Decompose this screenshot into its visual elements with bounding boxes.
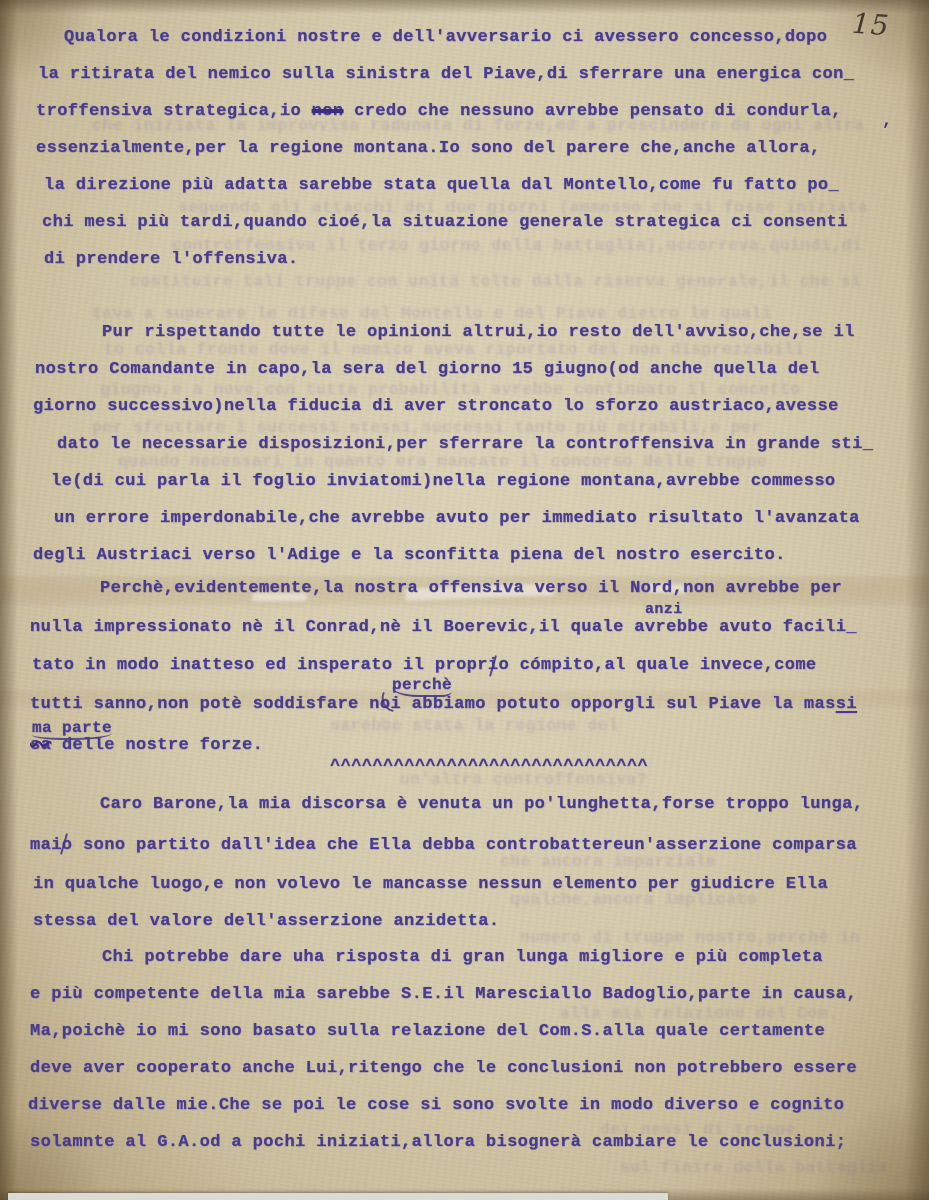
- typed-line: nulla impressionato nè il Conrad,nè il B…: [30, 618, 857, 637]
- typed-line: chi mesi più tardi,quando cioé,la situaz…: [42, 213, 848, 232]
- typed-line: dato le necessarie disposizioni,per sfer…: [57, 435, 873, 454]
- typed-text: degli Austriaci verso l'Adige e la sconf…: [33, 546, 786, 565]
- typed-text: la direzione più adatta sarebbe stata qu…: [44, 176, 839, 195]
- bleedthrough-line: costituire tali truppe con unità tolte d…: [130, 272, 861, 291]
- bleedthrough-line: numero di truppe nostro,perchè in: [520, 928, 860, 947]
- typed-line: Caro Barone,la mia discorsa è venuta un …: [100, 795, 863, 814]
- typed-text: stessa del valore dell'asserzione anzide…: [33, 912, 499, 931]
- hand-comma-mark: ,: [882, 112, 892, 131]
- typed-text: nostro Comandante in capo,la sera del gi…: [35, 360, 820, 379]
- typed-line: Pur rispettando tutte le opinioni altrui…: [102, 323, 855, 342]
- bleedthrough-line: tava a superare le difese del Montello e…: [92, 304, 772, 323]
- typed-line: essenzialmente,per la regione montana.Io…: [36, 139, 821, 158]
- typed-text: Perchè,evidentemente,la nostra offensiva…: [100, 579, 842, 598]
- typed-text: ^^^^^^^^^^^^^^^^^^^^^^^^^^^^^^: [330, 757, 648, 776]
- strike-text: non: [312, 102, 344, 121]
- bleedthrough-line: alla mia relazione del Com.: [560, 1004, 838, 1023]
- typed-text: chi mesi più tardi,quando cioé,la situaz…: [42, 213, 848, 232]
- typed-text: anzi: [645, 601, 683, 618]
- typed-line: degli Austriaci verso l'Adige e la sconf…: [33, 546, 786, 565]
- typed-text: dato le necessarie disposizioni,per sfer…: [57, 435, 873, 454]
- interlinear-insertion: ma parte: [32, 719, 112, 737]
- typed-line: nostro Comandante in capo,la sera del gi…: [35, 360, 820, 379]
- typed-line: tato in modo inatteso ed insperato il pr…: [32, 656, 817, 675]
- interlinear-insertion: perchè: [392, 676, 452, 694]
- typed-line: Ma,poichè io mi sono basato sulla relazi…: [30, 1022, 825, 1041]
- typed-line: Qualora le condizioni nostre e dell'avve…: [64, 28, 827, 47]
- typed-line: Perchè,evidentemente,la nostra offensiva…: [100, 579, 842, 598]
- typed-line: Chi potrebbe dare uha risposta di gran l…: [102, 948, 823, 967]
- typed-text: solamnte al G.A.od a pochi iniziati,allo…: [30, 1133, 846, 1152]
- typed-text: nulla impressionato nè il Conrad,nè il B…: [30, 618, 857, 637]
- typed-text: deve aver cooperato anche Lui,ritengo ch…: [30, 1059, 857, 1078]
- typed-line: sa delle nostre forze.: [30, 736, 263, 755]
- bleedthrough-line: to colla fronte dove il nemico aveva rip…: [104, 340, 805, 359]
- typed-text: Pur rispettando tutte le opinioni altrui…: [102, 323, 855, 342]
- typed-line: la direzione più adatta sarebbe stata qu…: [44, 176, 839, 195]
- typed-text: tutti sanno,non potè soddisfare noi abbi…: [30, 695, 836, 714]
- typed-text: giorno successivo)nella fiducia di aver …: [33, 397, 839, 416]
- page-number: 15: [851, 7, 891, 43]
- scanned-typewritten-page: che iniziata la improvvisa radunata di f…: [0, 0, 929, 1200]
- typed-text: di prendere l'offensiva.: [44, 250, 298, 269]
- typed-text: maio sono partito dall'idea che Ella deb…: [30, 836, 857, 855]
- bleedthrough-line: sul finire della battaglia: [620, 1158, 888, 1177]
- typed-text: essenzialmente,per la regione montana.Io…: [36, 139, 821, 158]
- typed-text: tato in modo inatteso ed insperato il pr…: [32, 656, 817, 675]
- typed-line: e più competente della mia sarebbe S.E.i…: [30, 985, 857, 1004]
- typed-text: troffensiva strategica,io: [36, 102, 312, 121]
- typed-line: maio sono partito dall'idea che Ella deb…: [30, 836, 857, 855]
- typed-text: Chi potrebbe dare uha risposta di gran l…: [102, 948, 823, 967]
- typed-line: troffensiva strategica,io non credo che …: [36, 102, 842, 121]
- typed-line: solamnte al G.A.od a pochi iniziati,allo…: [30, 1133, 846, 1152]
- typed-text: Qualora le condizioni nostre e dell'avve…: [64, 28, 827, 47]
- typed-text: Caro Barone,la mia discorsa è venuta un …: [100, 795, 863, 814]
- typed-line: un errore imperdonabile,che avrebbe avut…: [54, 509, 860, 528]
- underline-text: si: [836, 695, 857, 714]
- typed-text: credo che nessuno avrebbe pensato di con…: [343, 102, 841, 121]
- paper-edge-shadow: [0, 0, 929, 14]
- bleedthrough-line: sarebbe stata la regione del: [330, 716, 618, 735]
- typed-text: in qualche luogo,e non volevo le mancass…: [33, 875, 828, 894]
- typed-line: di prendere l'offensiva.: [44, 250, 298, 269]
- typed-text: delle nostre forze.: [51, 736, 263, 755]
- interlinear-insertion: anzi: [645, 601, 683, 618]
- typed-line: la ritirata del nemico sulla sinistra de…: [38, 65, 854, 84]
- typed-line: tutti sanno,non potè soddisfare noi abbi…: [30, 695, 857, 714]
- bleedthrough-line: quando necessari in quanto era mancato i…: [118, 452, 767, 471]
- typed-line: stessa del valore dell'asserzione anzide…: [33, 912, 499, 931]
- insert-underline-text: perchè: [392, 676, 452, 697]
- typed-text: la ritirata del nemico sulla sinistra de…: [38, 65, 854, 84]
- typed-text: Ma,poichè io mi sono basato sulla relazi…: [30, 1022, 825, 1041]
- typed-text: e più competente della mia sarebbe S.E.i…: [30, 985, 857, 1004]
- typed-text: diverse dalle mie.Che se poi le cose si …: [28, 1096, 844, 1115]
- typed-text: un errore imperdonabile,che avrebbe avut…: [54, 509, 860, 528]
- zigzag-divider: ^^^^^^^^^^^^^^^^^^^^^^^^^^^^^^: [330, 757, 648, 776]
- typed-line: le(di cui parla il foglio inviatomi)nell…: [51, 472, 836, 491]
- scan-background-strip: [8, 1193, 668, 1200]
- typed-text: le(di cui parla il foglio inviatomi)nell…: [51, 472, 836, 491]
- typed-line: in qualche luogo,e non volevo le mancass…: [33, 875, 828, 894]
- strike-wavy-text: sa: [30, 736, 51, 755]
- typed-line: deve aver cooperato anche Lui,ritengo ch…: [30, 1059, 857, 1078]
- typed-line: giorno successivo)nella fiducia di aver …: [33, 397, 839, 416]
- typed-line: diverse dalle mie.Che se poi le cose si …: [28, 1096, 844, 1115]
